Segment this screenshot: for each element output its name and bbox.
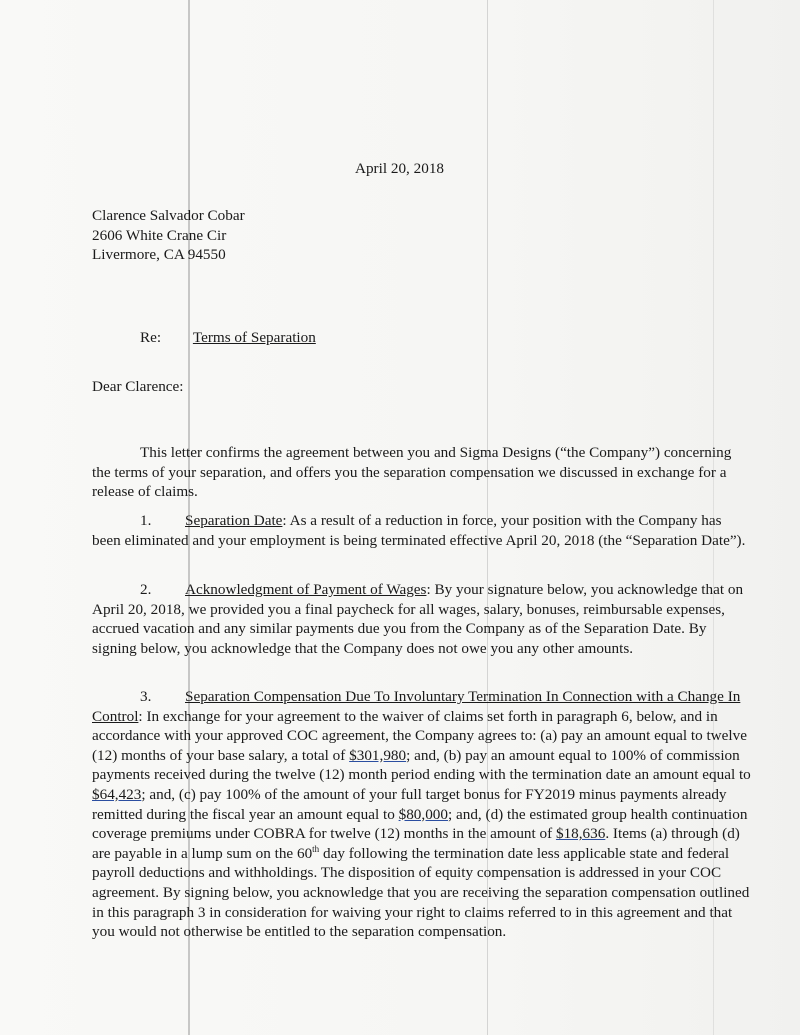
letter-date: April 20, 2018 bbox=[355, 160, 444, 178]
amount-bonus: $80,000 bbox=[399, 806, 448, 823]
section-2: 2.Acknowledgment of Payment of Wages: By… bbox=[92, 580, 752, 658]
section-heading: Acknowledgment of Payment of Wages bbox=[185, 581, 426, 598]
section-number: 2. bbox=[140, 580, 185, 600]
recipient-address: Clarence Salvador Cobar 2606 White Crane… bbox=[92, 206, 750, 265]
recipient-name: Clarence Salvador Cobar bbox=[92, 206, 750, 226]
recipient-city: Livermore, CA 94550 bbox=[92, 245, 750, 265]
intro-text: This letter confirms the agreement betwe… bbox=[92, 444, 731, 500]
amount-base-salary: $301,980 bbox=[349, 747, 406, 764]
section-heading: Separation Date bbox=[185, 512, 282, 529]
re-subject: Terms of Separation bbox=[193, 329, 316, 346]
intro-paragraph: This letter confirms the agreement betwe… bbox=[92, 443, 752, 502]
section-number: 1. bbox=[140, 511, 185, 531]
section-number: 3. bbox=[140, 687, 185, 707]
section-1: 1.Separation Date: As a result of a redu… bbox=[92, 511, 752, 550]
re-label: Re: bbox=[140, 329, 161, 346]
recipient-street: 2606 White Crane Cir bbox=[92, 226, 750, 246]
letter-page: April 20, 2018 Clarence Salvador Cobar 2… bbox=[0, 0, 800, 1035]
amount-commission: $64,423 bbox=[92, 786, 141, 803]
salutation: Dear Clarence: bbox=[92, 377, 750, 397]
section-3: 3.Separation Compensation Due To Involun… bbox=[92, 687, 752, 942]
amount-cobra: $18,636 bbox=[556, 825, 605, 842]
subject-line: Re: Terms of Separation bbox=[140, 329, 316, 347]
